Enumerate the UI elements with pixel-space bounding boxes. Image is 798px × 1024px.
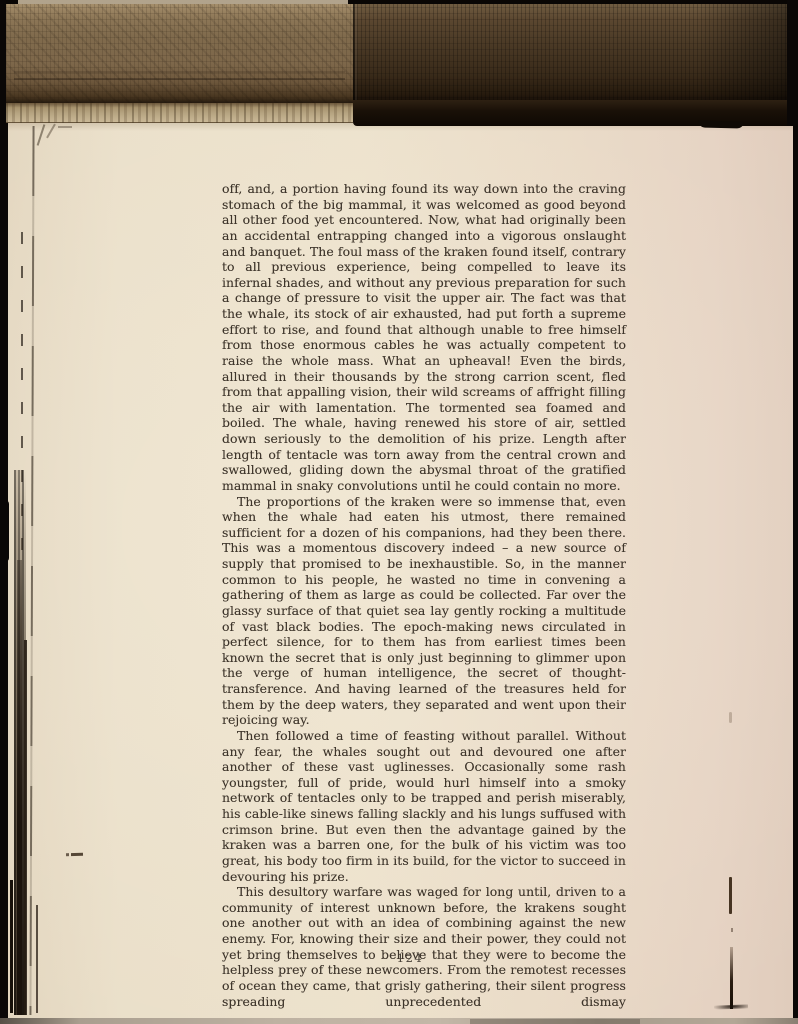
scan-artifact-right-dot: [731, 928, 733, 932]
scan-border-right: [793, 0, 798, 1024]
scan-artifact-bottom-smudge: [470, 1019, 640, 1024]
scan-artifact-right-line-upper: [729, 877, 732, 914]
book-edge-band-seam: [353, 4, 355, 104]
scan-artifact-left-line-dark2: [24, 640, 27, 1015]
scan-artifact-left-bottom-line2: [36, 905, 38, 1013]
scan-border-left-blob: [0, 500, 9, 562]
scan-artifact-book-edge-band: [6, 4, 794, 104]
scanned-page-stage: off, and, a portion having found its way…: [0, 0, 798, 1024]
paragraph: Then followed a time of feasting without…: [222, 728, 626, 884]
book-edge-band-left: [6, 4, 353, 104]
paragraph: This desultory warfare was waged for lon…: [222, 884, 626, 1009]
scan-artifact-top-sliver: [18, 0, 348, 4]
scan-artifact-left-line-dark: [17, 560, 22, 1015]
scan-artifact-left-bottom-line: [10, 880, 13, 1013]
scan-artifact-right-line-lower: [730, 947, 733, 1009]
scan-border-bottom: [0, 1018, 798, 1024]
scan-artifact-horizontal-dash: [66, 853, 83, 857]
scan-artifact-corner-scratch: [58, 126, 72, 128]
scan-border-right-top: [787, 0, 798, 126]
paragraph: The proportions of the kraken were so im…: [222, 494, 626, 728]
page-text: off, and, a portion having found its way…: [222, 181, 626, 1009]
scan-artifact-torn-strip: [6, 103, 353, 123]
book-edge-band-right: [353, 4, 794, 104]
scan-artifact-band-dip: [698, 120, 744, 128]
book-page: off, and, a portion having found its way…: [8, 122, 793, 1018]
scan-artifact-right-faint-mark: [729, 712, 732, 723]
page-number: 124: [222, 951, 598, 965]
book-edge-band-crease: [14, 78, 345, 80]
paragraph: off, and, a portion having found its way…: [222, 181, 626, 494]
